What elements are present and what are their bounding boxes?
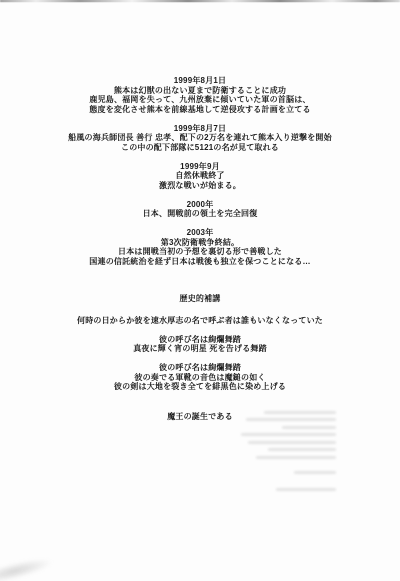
timeline-text: 国連の信託統治を経ず日本は戦後も独立を保つことになる… xyxy=(0,257,400,267)
page-content: 1999年8月1日 熊本は幻獣の出ない夏まで防衛することに成功 鹿児島、福岡を失… xyxy=(0,76,400,431)
timeline-date: 2003年 xyxy=(0,228,400,238)
timeline-text: 第3次防衛戦争終結。 xyxy=(0,238,400,248)
bleedthrough-line xyxy=(276,488,336,491)
verse-line: 彼の剣は大地を裂き全てを緋黒色に染め上げる xyxy=(0,382,400,392)
timeline-date: 1999年8月7日 xyxy=(0,124,400,134)
timeline-entry: 1999年8月1日 熊本は幻獣の出ない夏まで防衛することに成功 鹿児島、福岡を失… xyxy=(0,76,400,114)
closing-block: 魔王の誕生である xyxy=(0,412,400,422)
timeline-entry: 2003年 第3次防衛戦争終結。 日本は開戦当初の予想を裏切る形で善戦した 国連… xyxy=(0,228,400,266)
bleedthrough-line xyxy=(256,456,336,459)
verse-line: 彼の呼び名は絢爛舞踏 xyxy=(0,335,400,345)
verse-block: 彼の呼び名は絢爛舞踏 真夜に輝く宵の明星 死を告げる舞踏 xyxy=(0,335,400,354)
verse-line: 真夜に輝く宵の明星 死を告げる舞踏 xyxy=(0,344,400,354)
verse-line: 彼の奏でる軍靴の音色は魔鎚の如く xyxy=(0,373,400,383)
timeline-entry: 1999年8月7日 船風の海兵師団長 善行 忠孝、配下の2万名を連れて熊本入り逆… xyxy=(0,124,400,153)
timeline-text: 熊本は幻獣の出ない夏まで防衛することに成功 xyxy=(0,86,400,96)
timeline-date: 1999年8月1日 xyxy=(0,76,400,86)
timeline-text: 船風の海兵師団長 善行 忠孝、配下の2万名を連れて熊本入り逆撃を開始 xyxy=(0,133,400,143)
scan-edge-artifact xyxy=(0,0,400,2)
bleedthrough-ghost-text xyxy=(236,406,336,491)
bleedthrough-line xyxy=(282,426,336,429)
timeline-text: この中の配下部隊に5121の名が見て取れる xyxy=(0,143,400,153)
scan-smudge-artifact xyxy=(0,554,55,581)
bleedthrough-line xyxy=(246,418,336,421)
timeline-date: 2000年 xyxy=(0,200,400,210)
timeline-text: 日本、開戦前の領土を完全回復 xyxy=(0,209,400,219)
supplement-heading: 歴史的補講 xyxy=(0,294,400,304)
bleedthrough-line xyxy=(241,433,336,436)
timeline-text: 態度を変化させ熊本を前線基地して逆侵攻する計画を立てる xyxy=(0,105,400,115)
bleedthrough-line xyxy=(248,441,336,444)
supplement-text: 何時の日からか彼を速水厚志の名で呼ぶ者は誰もいなくなっていた xyxy=(0,316,400,326)
verse-block: 彼の呼び名は絢爛舞踏 彼の奏でる軍靴の音色は魔鎚の如く 彼の剣は大地を裂き全てを… xyxy=(0,363,400,392)
bleedthrough-line xyxy=(294,471,336,474)
timeline-text: 日本は開戦当初の予想を裏切る形で善戦した xyxy=(0,247,400,257)
closing-line: 魔王の誕生である xyxy=(0,412,400,422)
supplement-heading-block: 歴史的補講 xyxy=(0,294,400,304)
scanned-document-page: { "page": { "background_color": "#fdfdfd… xyxy=(0,0,400,581)
supplement-paragraph: 何時の日からか彼を速水厚志の名で呼ぶ者は誰もいなくなっていた xyxy=(0,316,400,326)
verse-line: 彼の呼び名は絢爛舞踏 xyxy=(0,363,400,373)
timeline-text: 激烈な戦いが始まる。 xyxy=(0,181,400,191)
timeline-text: 鹿児島、福岡を失って、九州放棄に傾いていた軍の首脳は、 xyxy=(0,95,400,105)
timeline-entry: 2000年 日本、開戦前の領土を完全回復 xyxy=(0,200,400,219)
timeline-date: 1999年9月 xyxy=(0,162,400,172)
bleedthrough-line xyxy=(268,448,336,451)
bleedthrough-line xyxy=(264,411,336,414)
timeline-entry: 1999年9月 自然休戦終了 激烈な戦いが始まる。 xyxy=(0,162,400,191)
timeline-text: 自然休戦終了 xyxy=(0,171,400,181)
